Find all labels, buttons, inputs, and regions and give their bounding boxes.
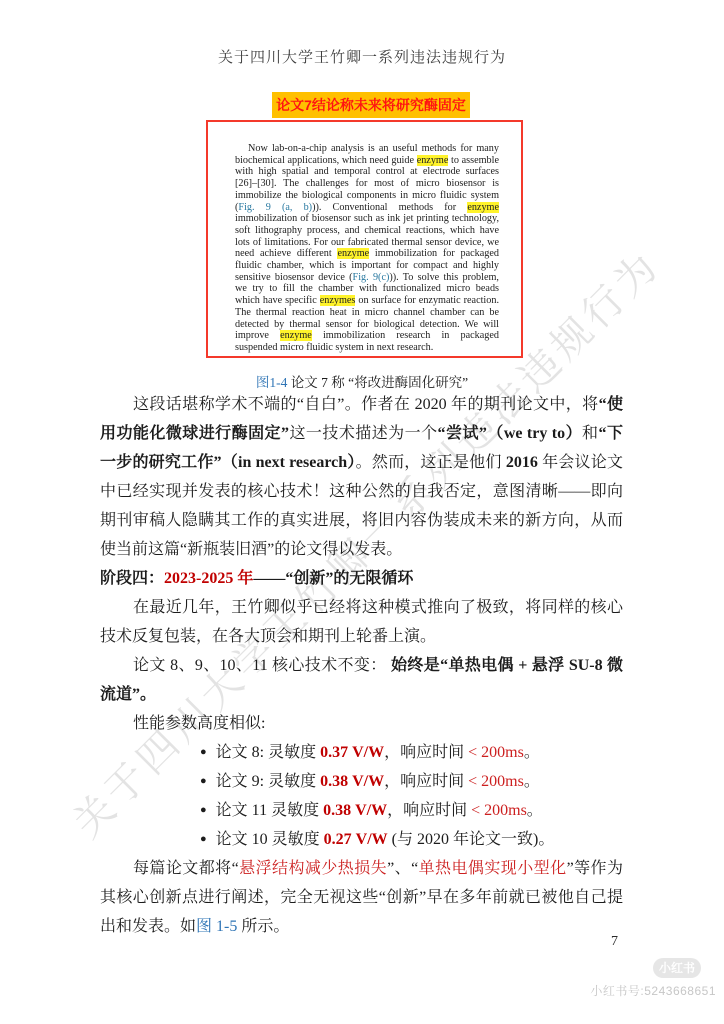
bullet-icon: ● (200, 833, 207, 845)
text-segment: enzymes (320, 295, 356, 306)
paper-excerpt-box: Now lab-on-a-chip analysis is an useful … (206, 120, 523, 358)
text-segment: enzyme (280, 330, 312, 341)
text-segment: 单热电偶实现小型化 (418, 860, 566, 877)
bullet-icon: ● (200, 746, 207, 758)
text-segment: 论文 7 称 “将改进酶固化研究” (291, 375, 468, 390)
figure-ref-link[interactable]: 图 1-5 (196, 918, 237, 935)
page-number: 7 (611, 934, 618, 950)
paragraph: 在最近几年，王竹卿似乎已经将这种模式推向了极致，将同样的核心技术反复包装，在各大… (100, 593, 623, 651)
text-segment: 。 (524, 773, 540, 790)
text-segment: 悬浮结构减少热损失 (239, 860, 387, 877)
figure-caption: 图1-4 论文 7 称 “将改进酶固化研究” (0, 371, 724, 391)
text-segment: 这一技术描述为一个 (289, 425, 438, 442)
text-segment: < 200ms (468, 744, 524, 761)
text-segment: 0.38 V/W (323, 802, 387, 819)
text-segment: Fig. 9(c) (353, 272, 390, 283)
bullet-item: ●论文 10 灵敏度 0.27 V/W (与 2020 年论文一致)。 (100, 825, 623, 854)
text-segment: 论文 8: 灵敏度 (216, 744, 320, 761)
text-segment: 。 (524, 744, 540, 761)
text-segment: ”、“ (387, 860, 418, 877)
text-segment: 。然而，这正是他们 (356, 454, 506, 471)
xiaohongshu-badge: 小红书 (653, 958, 701, 978)
body-text: 这段话堪称学术不端的“自白”。作者在 2020 年的期刊论文中，将“使用功能化微… (100, 390, 623, 941)
figure-ref-link[interactable]: 图1-4 (256, 375, 291, 390)
paragraph: 每篇论文都将“悬浮结构减少热损失”、“单热电偶实现小型化”等作为其核心创新点进行… (100, 854, 623, 941)
paper-excerpt-text: Now lab-on-a-chip analysis is an useful … (235, 143, 499, 354)
text-segment: 论文 10 灵敏度 (216, 831, 324, 848)
paragraph: 性能参数高度相似: (100, 709, 623, 738)
text-segment: < 200ms (471, 802, 527, 819)
highlight-banner: 论文7结论称未来将研究酶固定 (272, 92, 470, 118)
text-segment: 0.27 V/W (324, 831, 388, 848)
text-segment: 这段话堪称学术不端的“自白”。作者在 2020 年的期刊论文中，将 (133, 396, 599, 413)
text-segment: 论文 9: 灵敏度 (216, 773, 320, 790)
text-segment: ，响应时间 (387, 802, 471, 819)
text-segment: Fig. 9 (a, b) (238, 202, 312, 213)
text-segment: 论文 8、9、10、11 核心技术不变： (133, 657, 391, 674)
text-segment: 2016 (506, 454, 538, 471)
bullet-item: ●论文 9: 灵敏度 0.38 V/W，响应时间 < 200ms。 (100, 767, 623, 796)
bullet-icon: ● (200, 804, 207, 816)
text-segment: 所示。 (237, 918, 289, 935)
text-segment: 0.38 V/W (320, 773, 384, 790)
section-heading: 阶段四：2023-2025 年——“创新”的无限循环 (100, 564, 623, 593)
text-segment: ——“创新”的无限循环 (253, 570, 413, 587)
text-segment: 和 (582, 425, 598, 442)
bullet-item: ●论文 8: 灵敏度 0.37 V/W，响应时间 < 200ms。 (100, 738, 623, 767)
text-segment: (与 2020 年论文一致)。 (388, 831, 555, 848)
text-segment: )). Conventional methods for (312, 202, 467, 213)
paragraph: 论文 8、9、10、11 核心技术不变： 始终是“单热电偶 + 悬浮 SU-8 … (100, 651, 623, 709)
text-segment: 阶段四： (100, 570, 164, 587)
text-segment: enzyme (337, 248, 369, 259)
text-segment: < 200ms (468, 773, 524, 790)
text-segment: ，响应时间 (384, 744, 468, 761)
text-segment: enzyme (417, 155, 449, 166)
paragraph: 这段话堪称学术不端的“自白”。作者在 2020 年的期刊论文中，将“使用功能化微… (100, 390, 623, 564)
text-segment: 在最近几年，王竹卿似乎已经将这种模式推向了极致，将同样的核心技术反复包装，在各大… (100, 599, 623, 645)
xiaohongshu-id: 小红书号:5243668651 (590, 982, 716, 999)
document-header-title: 关于四川大学王竹卿一系列违法违规行为 (0, 46, 724, 67)
text-segment: 论文 11 灵敏度 (216, 802, 323, 819)
text-segment: 0.37 V/W (320, 744, 384, 761)
document-page: 关于四川大学王竹卿一系列违法违规行为 关于四川大学王竹卿一系列违法违规行为 论文… (0, 0, 724, 1024)
text-segment: 2023-2025 年 (164, 570, 253, 587)
text-segment: 每篇论文都将“ (133, 860, 239, 877)
text-segment: 。 (527, 802, 543, 819)
bullet-item: ●论文 11 灵敏度 0.38 V/W，响应时间 < 200ms。 (100, 796, 623, 825)
text-segment: enzyme (467, 202, 499, 213)
text-segment: “尝试”（we try to） (438, 425, 583, 442)
text-segment: 性能参数高度相似: (133, 715, 265, 732)
text-segment: ，响应时间 (384, 773, 468, 790)
bullet-icon: ● (200, 775, 207, 787)
